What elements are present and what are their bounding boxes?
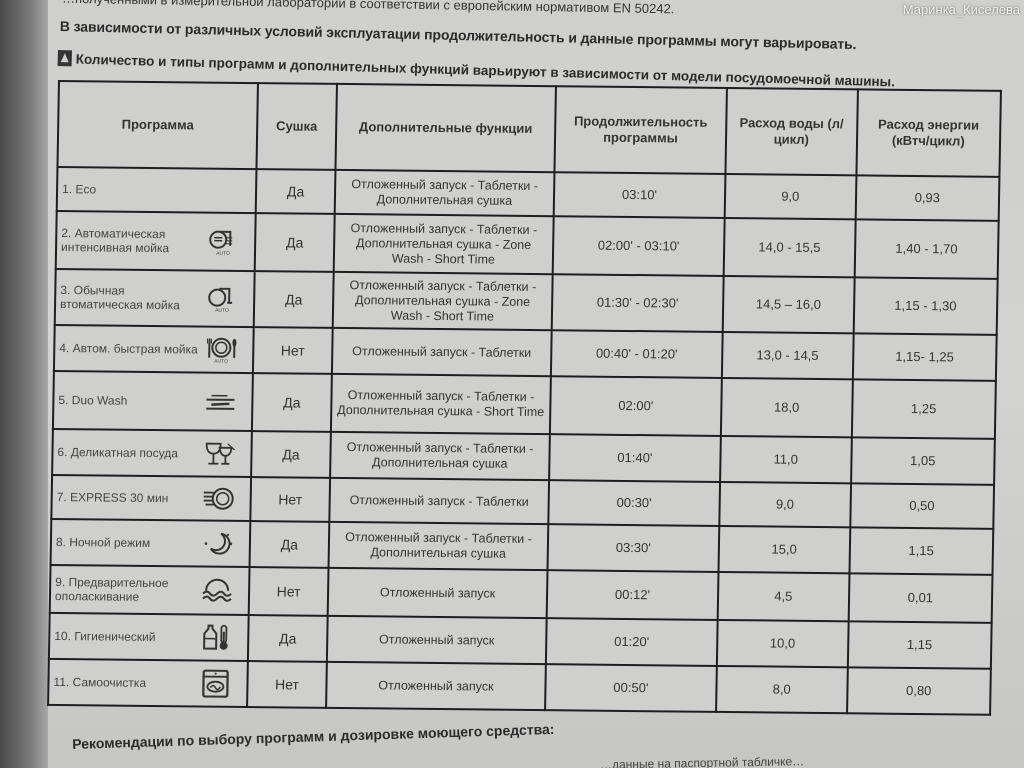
energy-cell: 1,15 [847, 621, 991, 668]
water-cell-text: 13,0 - 14,5 [756, 348, 818, 364]
self-clean-icon [198, 670, 232, 698]
svg-text:AUTO: AUTO [216, 251, 230, 256]
water-cell: 18,0 [721, 378, 853, 437]
energy-cell-text: 0,93 [915, 190, 941, 205]
program-name-text: 1. Eco [62, 182, 96, 196]
drying-cell: Да [255, 213, 335, 272]
water-cell: 11,0 [720, 436, 851, 483]
functions-cell-text: Отложенный запуск - Таблетки - Дополните… [349, 278, 536, 324]
functions-cell-text: Отложенный запуск - Таблетки - Дополните… [351, 177, 538, 208]
table-row: 5. Duo WashДаОтложенный запуск - Таблетк… [53, 371, 996, 439]
program-name-text: 2. Автоматическая интенсивная мойка [61, 226, 169, 256]
duration-cell-text: 00:30' [616, 495, 651, 510]
header-energy: Расход энергии (кВтч/цикл) [856, 89, 1001, 176]
table-header-row: Программа Сушка Дополнительные функции П… [57, 81, 1000, 177]
water-cell: 14,5 – 16,0 [723, 276, 855, 333]
prewash-wave-icon [200, 577, 234, 605]
svg-text:AUTO: AUTO [214, 359, 228, 364]
functions-cell-text: Отложенный запуск - Таблетки - Дополните… [345, 530, 532, 561]
program-table: Программа Сушка Дополнительные функции П… [47, 80, 1002, 716]
water-cell-text: 9,0 [776, 497, 794, 512]
water-cell-text: 11,0 [773, 452, 798, 467]
water-cell-text: 10,0 [770, 636, 796, 651]
program-name: 5. Duo Wash [53, 371, 253, 431]
program-name: 4. Автом. быстрая мойкаAUTO [54, 325, 254, 373]
energy-cell: 0,80 [847, 667, 991, 714]
energy-cell: 1,25 [851, 379, 995, 438]
energy-cell: 0,93 [855, 175, 999, 220]
night-moon-icon [201, 530, 235, 558]
express-icon [201, 485, 235, 513]
hygiene-bottle-thermometer-icon [199, 624, 233, 652]
energy-cell: 1,15 [849, 527, 993, 574]
program-name-text: 3. Обычная втоматическая мойка [60, 283, 180, 313]
energy-cell-text: 0,80 [906, 683, 932, 698]
program-name: 2. Автоматическая интенсивная мойкаAUTO [56, 211, 256, 271]
functions-cell-text: Отложенный запуск - Таблетки - Дополните… [347, 440, 534, 471]
drying-cell-text: Да [281, 536, 299, 552]
energy-cell-text: 1,15 - 1,30 [894, 298, 956, 314]
program-name-text: 9. Предварительное ополаскивание [55, 575, 169, 604]
program-name-text: 10. Гигиенический [54, 629, 155, 644]
duration-cell-text: 02:00' - 03:10' [598, 238, 680, 254]
drying-cell-text: Да [283, 394, 301, 410]
water-cell: 9,0 [725, 174, 856, 219]
drying-cell-text: Да [279, 630, 297, 646]
functions-cell-text: Отложенный запуск [379, 632, 495, 647]
water-cell-text: 15,0 [771, 542, 797, 557]
drying-cell-text: Нет [281, 342, 305, 358]
energy-cell: 0,50 [850, 483, 994, 528]
program-name: 7. EXPRESS 30 мин [51, 475, 251, 521]
functions-cell: Отложенный запуск - Таблетки - Дополните… [331, 374, 551, 434]
energy-cell-text: 1,15 [907, 637, 933, 652]
duration-cell: 00:30' [548, 480, 720, 526]
auto-intensive-icon: AUTO [206, 228, 240, 256]
drying-cell-text: Нет [277, 583, 301, 599]
footer-partial-text: …данные на паспортной табличке… [600, 754, 804, 768]
energy-cell: 1,05 [851, 437, 995, 484]
header-duration: Продолжительность программы [554, 86, 727, 174]
drying-cell: Нет [250, 477, 330, 522]
energy-cell: 1,40 - 1,70 [854, 219, 998, 278]
program-name-text: 5. Duo Wash [58, 393, 127, 408]
duration-cell: 00:40' - 01:20' [551, 330, 723, 378]
drying-cell: Да [256, 169, 336, 214]
watermark: Маринка_Киселева [903, 2, 1020, 17]
header-water: Расход воды (л/цикл) [725, 88, 857, 175]
water-cell: 9,0 [719, 482, 850, 527]
drying-cell-text: Да [287, 183, 305, 199]
water-cell-text: 14,0 - 15,5 [758, 240, 820, 256]
duration-cell-text: 03:30' [616, 540, 651, 555]
water-cell-text: 14,5 – 16,0 [756, 297, 821, 313]
program-name-text: 4. Автом. быстрая мойка [59, 341, 198, 356]
svg-text:AUTO: AUTO [215, 308, 229, 313]
program-name: 3. Обычная втоматическая мойкаAUTO [55, 269, 255, 327]
program-name-text: 11. Самоочистка [53, 675, 146, 690]
table-row: 11. СамоочисткаНетОтложенный запуск00:50… [48, 659, 991, 715]
program-name: 8. Ночной режим [51, 519, 251, 567]
energy-cell: 1,15 - 1,30 [853, 277, 997, 334]
drying-cell: Да [254, 271, 334, 328]
energy-cell-text: 0,50 [909, 498, 935, 513]
functions-cell: Отложенный запуск - Таблетки - Дополните… [330, 432, 550, 480]
drying-cell: Да [250, 521, 330, 568]
drying-cell: Нет [247, 661, 327, 708]
program-name: 11. Самоочистка [48, 659, 248, 707]
program-name: 1. Eco [57, 167, 257, 213]
functions-cell: Отложенный запуск [327, 616, 547, 664]
water-cell: 13,0 - 14,5 [722, 332, 853, 379]
drying-cell-text: Нет [275, 676, 299, 692]
drying-cell-text: Да [285, 291, 303, 307]
program-name: 9. Предварительное ополаскивание [50, 565, 250, 615]
energy-cell: 0,01 [848, 573, 992, 622]
water-cell-text: 9,0 [781, 189, 799, 204]
drying-cell: Да [251, 431, 331, 478]
energy-cell-text: 1,15 [908, 543, 934, 558]
energy-cell-text: 1,25 [911, 401, 937, 416]
water-cell: 14,0 - 15,5 [724, 218, 856, 277]
program-name: 10. Гигиенический [49, 613, 249, 661]
duration-cell-text: 02:00' [618, 398, 653, 413]
delicate-glasses-icon [202, 440, 236, 468]
energy-cell-text: 1,05 [910, 453, 936, 468]
program-name-text: 6. Деликатная посуда [57, 445, 178, 460]
duration-cell: 02:00' [550, 376, 722, 436]
water-cell: 8,0 [716, 666, 847, 713]
duration-cell-text: 01:30' - 02:30' [597, 295, 679, 311]
program-name-text: 8. Ночной режим [56, 535, 150, 550]
duration-cell-text: 03:10' [622, 187, 657, 202]
drying-cell-text: Да [282, 446, 300, 462]
drying-cell: Да [248, 615, 328, 662]
duration-cell: 01:30' - 02:30' [552, 274, 724, 332]
functions-cell: Отложенный запуск - Таблетки [329, 478, 549, 524]
water-cell-text: 18,0 [774, 400, 800, 415]
table-row: 3. Обычная втоматическая мойкаAUTOДаОтло… [55, 269, 998, 335]
duration-cell: 02:00' - 03:10' [553, 216, 725, 276]
warning-icon [58, 50, 72, 66]
energy-cell-text: 0,01 [908, 590, 934, 605]
duration-cell: 01:20' [546, 618, 718, 666]
table-row: 2. Автоматическая интенсивная мойкаAUTOД… [56, 211, 999, 279]
duration-cell-text: 00:12' [615, 587, 650, 602]
functions-cell: Отложенный запуск - Таблетки - Дополните… [333, 272, 553, 330]
functions-cell: Отложенный запуск [326, 662, 546, 710]
energy-cell-text: 1,40 - 1,70 [895, 241, 957, 257]
header-drying: Сушка [256, 83, 337, 170]
duration-cell: 03:10' [554, 172, 726, 218]
drying-cell: Да [252, 373, 332, 432]
functions-cell-text: Отложенный запуск - Таблетки - Дополните… [337, 388, 544, 419]
drying-cell: Нет [253, 327, 333, 374]
water-cell: 10,0 [717, 620, 848, 667]
duration-cell: 00:50' [545, 664, 717, 712]
energy-cell-text: 1,15- 1,25 [895, 349, 954, 365]
drying-cell-text: Нет [278, 491, 302, 507]
functions-cell-text: Отложенный запуск - Таблетки - Дополните… [350, 221, 537, 267]
water-cell-text: 8,0 [773, 682, 791, 697]
functions-cell: Отложенный запуск [328, 568, 548, 618]
duration-cell: 03:30' [547, 524, 719, 572]
duo-wash-icon [203, 388, 237, 416]
auto-normal-icon: AUTO [205, 285, 239, 313]
water-cell: 15,0 [718, 526, 849, 573]
duration-cell-text: 01:20' [614, 634, 649, 649]
water-cell-text: 4,5 [774, 589, 792, 604]
drying-cell: Нет [249, 567, 329, 616]
duration-cell: 00:12' [547, 570, 719, 620]
duration-cell-text: 01:40' [617, 450, 652, 465]
duration-cell-text: 00:40' - 01:20' [596, 346, 678, 362]
energy-cell: 1,15- 1,25 [852, 333, 996, 380]
functions-cell-text: Отложенный запуск [380, 585, 496, 600]
functions-cell-text: Отложенный запуск [378, 678, 494, 693]
program-name-text: 7. EXPRESS 30 мин [57, 490, 169, 505]
header-functions: Дополнительные функции [335, 84, 555, 172]
header-program: Программа [57, 81, 257, 169]
duration-cell-text: 00:50' [613, 680, 648, 695]
functions-cell: Отложенный запуск - Таблетки - Дополните… [329, 522, 549, 570]
auto-fast-plate-icon: AUTO [204, 336, 238, 364]
functions-cell-text: Отложенный запуск - Таблетки [350, 493, 529, 509]
duration-cell: 01:40' [549, 434, 721, 482]
drying-cell-text: Да [286, 234, 304, 250]
functions-cell-text: Отложенный запуск - Таблетки [352, 344, 531, 360]
water-cell: 4,5 [718, 572, 849, 621]
functions-cell: Отложенный запуск - Таблетки - Дополните… [335, 170, 555, 216]
functions-cell: Отложенный запуск - Таблетки - Дополните… [334, 214, 554, 274]
functions-cell: Отложенный запуск - Таблетки [332, 328, 552, 376]
program-name: 6. Деликатная посуда [52, 429, 252, 477]
